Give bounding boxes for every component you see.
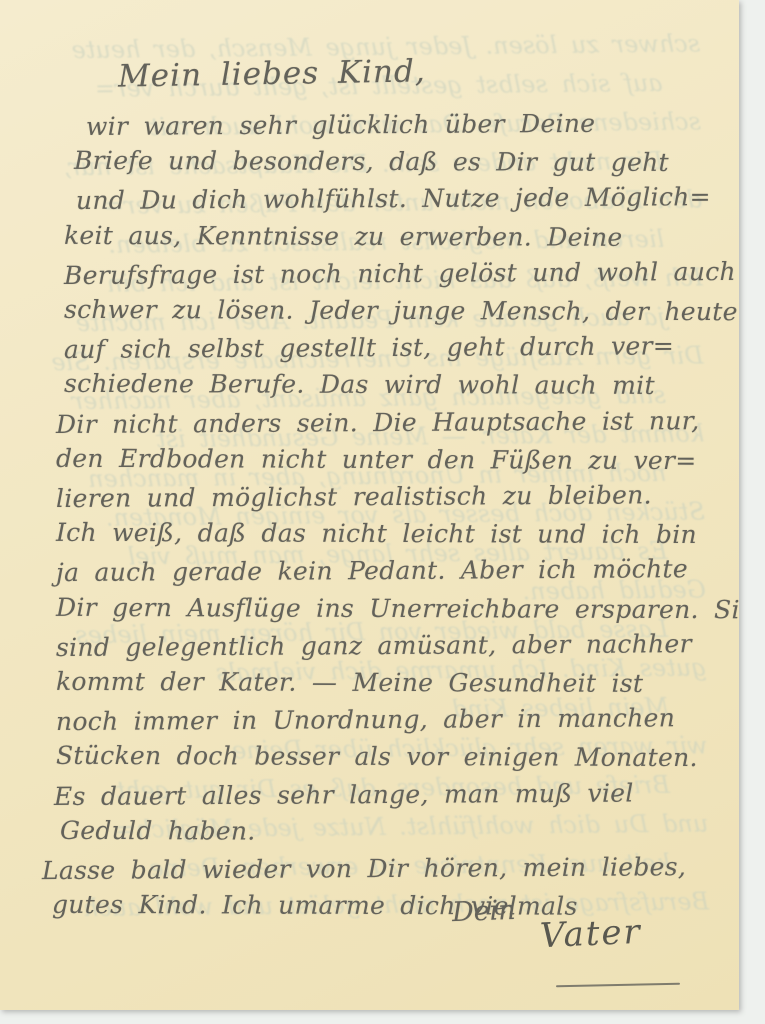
letter-line: Dir gern Ausflüge ins Unerreichbare ersp… [56, 588, 724, 628]
letter-line: Geduld haben. [60, 812, 724, 852]
closing: Dein [451, 895, 516, 928]
letter-line: und Du dich wohlfühlst. Nutze jede Mögli… [76, 178, 724, 219]
letter-line: Ich weiß, daß das nicht leicht ist und i… [56, 514, 724, 554]
letter-line: schiedene Berufe. Das wird wohl auch mit [64, 365, 724, 405]
letter-line: lieren und möglichst realistisch zu blei… [56, 476, 724, 517]
signature-underline [556, 983, 680, 988]
letter-line: keit aus, Kenntnisse zu erwerben. Deine [64, 216, 724, 256]
letter-line: Briefe und besonders, daß es Dir gut geh… [74, 142, 724, 181]
letter-line: den Erdboden nicht unter den Füßen zu ve… [56, 440, 724, 480]
signature: Vater [539, 912, 642, 956]
letter-line: sind gelegentlich ganz amüsant, aber nac… [56, 625, 724, 666]
letter-line: wir waren sehr glücklich über Deine [86, 104, 724, 145]
letter-paper: schwer zu lösen. Jeder junge Mensch, der… [0, 0, 739, 1010]
letter-line: kommt der Kater. — Meine Gesundheit ist [56, 663, 724, 703]
letter-line: Dir nicht anders sein. Die Hauptsache is… [56, 402, 724, 443]
letter-line: ja auch gerade kein Pedant. Aber ich möc… [56, 550, 724, 591]
letter-line: schwer zu lösen. Jeder junge Mensch, der… [64, 291, 724, 331]
salutation: Mein liebes Kind, [118, 53, 426, 94]
letter-body: wir waren sehr glücklich über DeineBrief… [34, 106, 724, 924]
letter-line: Berufsfrage ist noch nicht gelöst und wo… [64, 253, 724, 294]
letter-line: Es dauert alles sehr lange, man muß viel [54, 774, 724, 815]
letter-line: Lasse bald wieder von Dir hören, mein li… [42, 848, 724, 889]
letter-line: Stücken doch besser als vor einigen Mona… [56, 737, 724, 777]
letter-line: noch immer in Unordnung, aber in manchen [56, 699, 724, 740]
letter-line: auf sich selbst gestellt ist, geht durch… [64, 327, 724, 368]
